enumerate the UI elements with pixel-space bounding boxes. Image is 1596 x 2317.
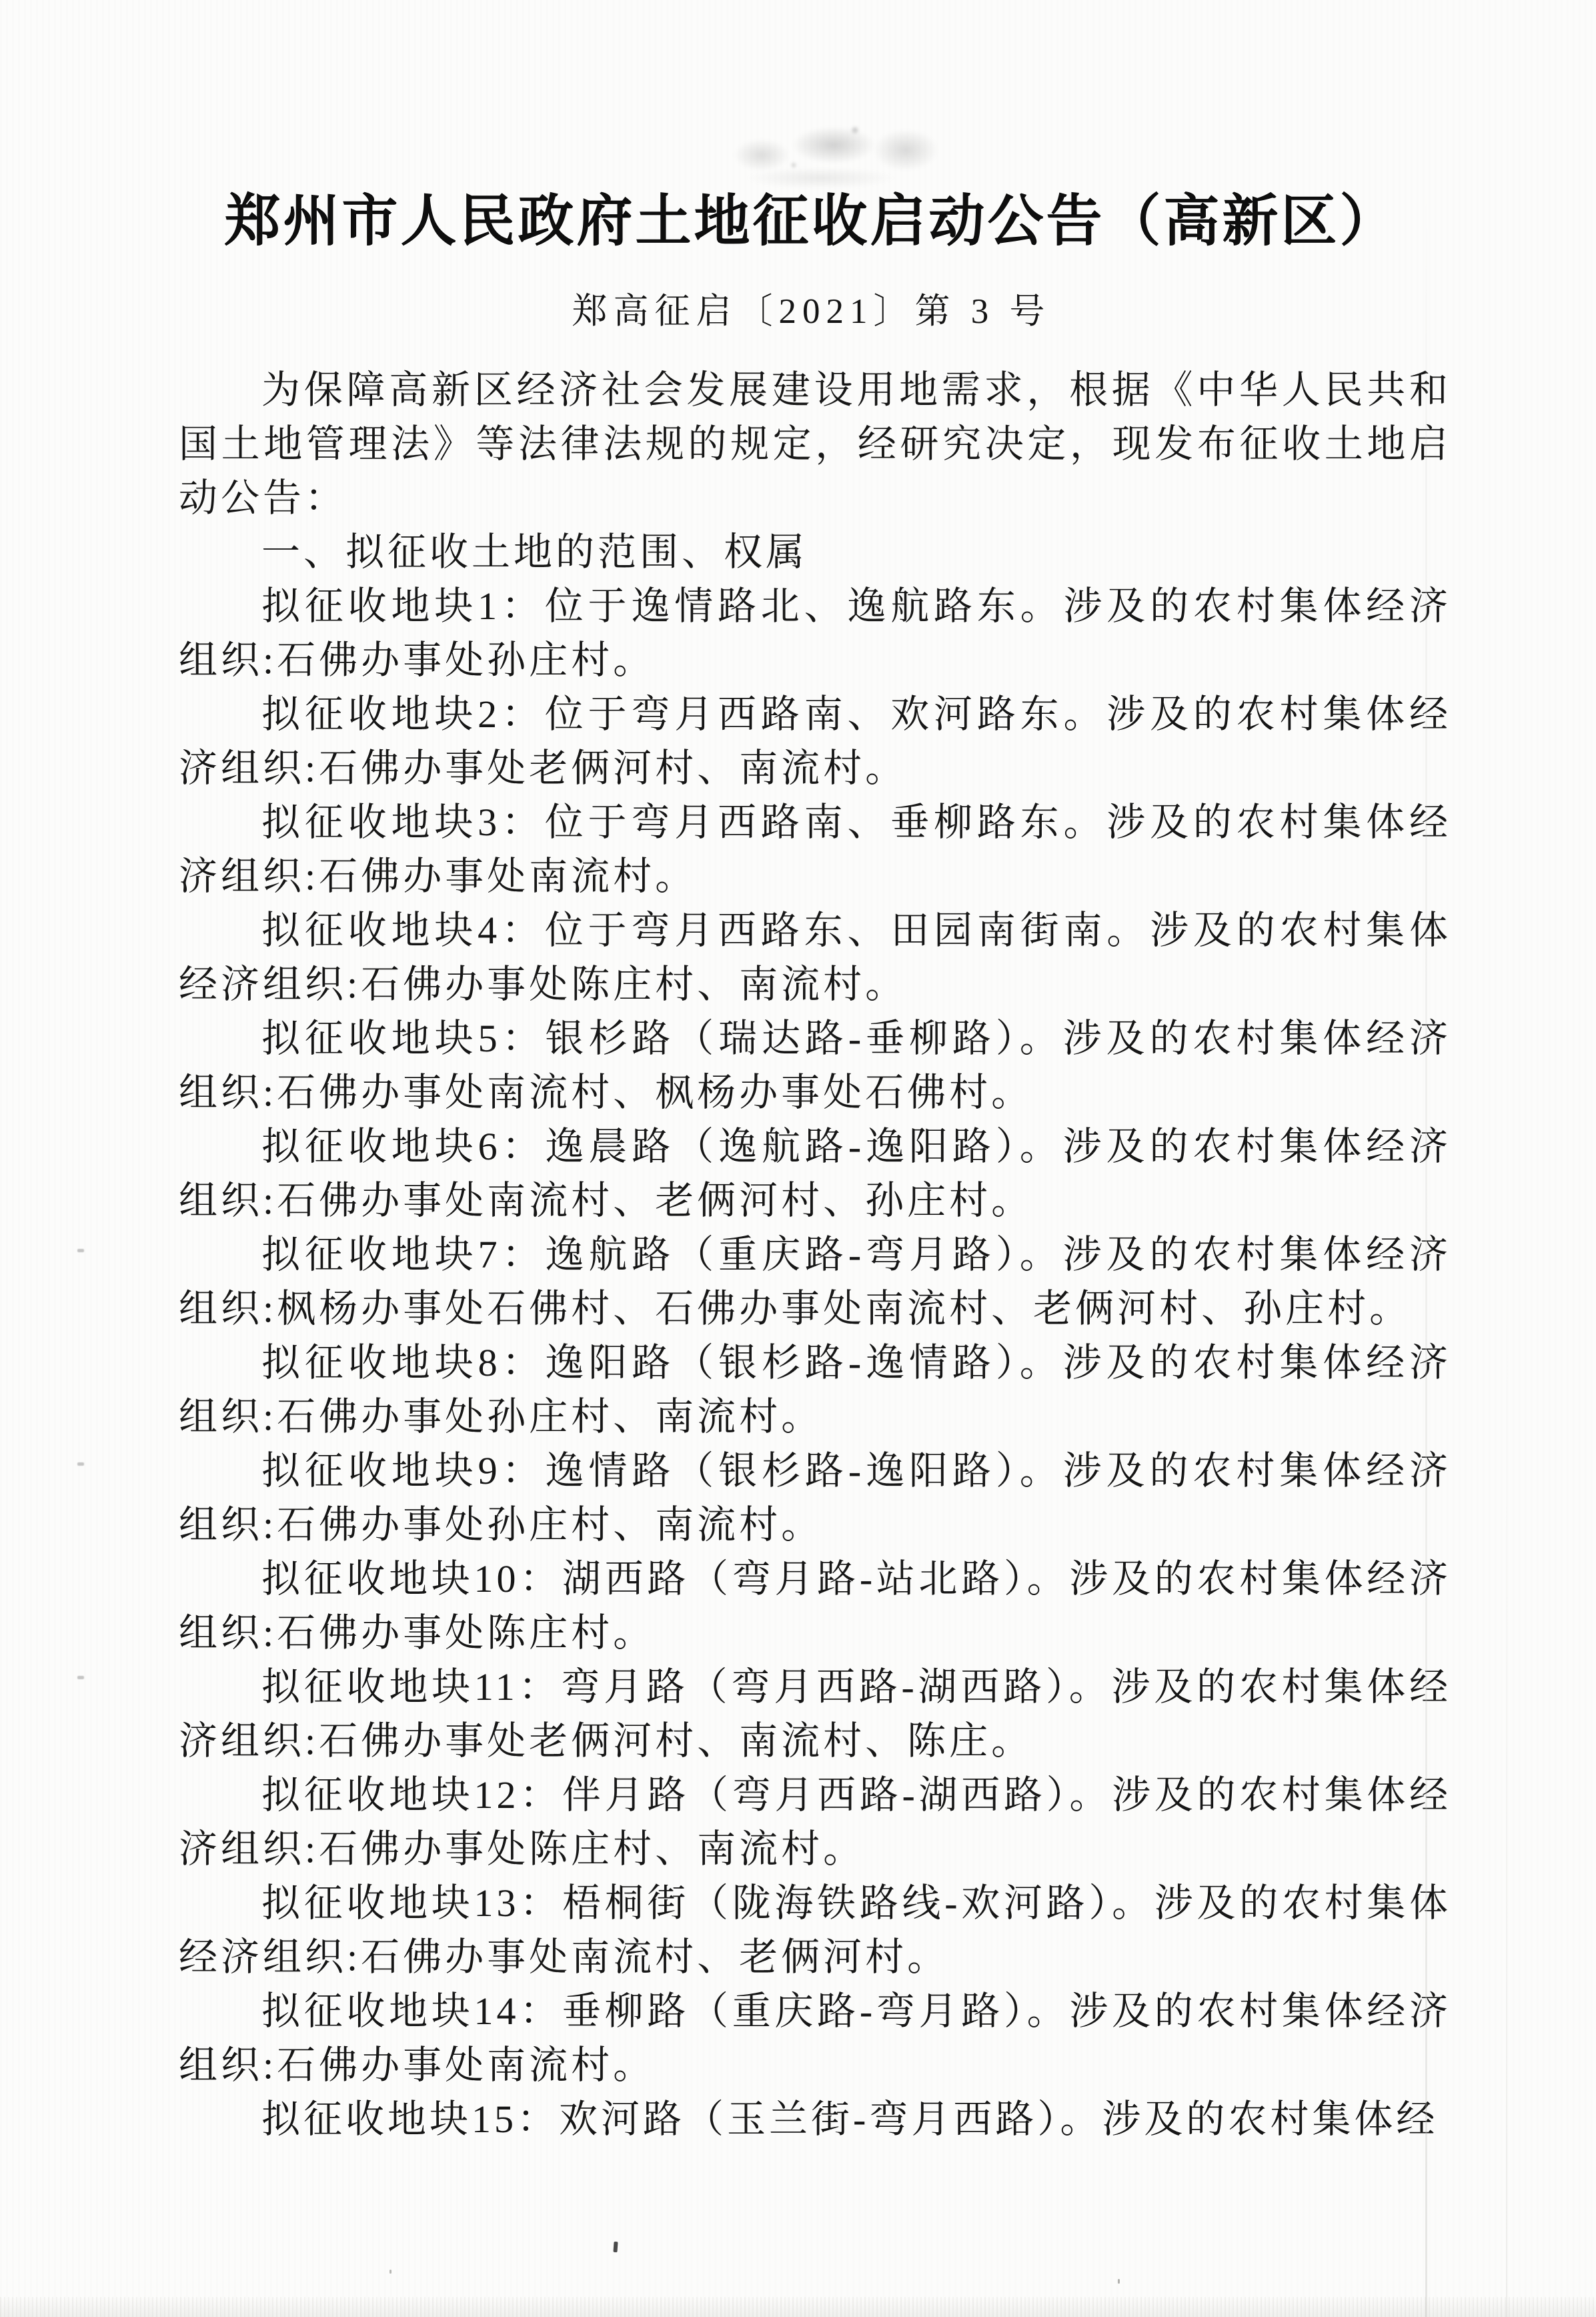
document-number: 郑高征启〔2021〕第 3 号	[27, 291, 1596, 332]
scanner-line-artifact	[1506, 1274, 1507, 2317]
plot-paragraph: 拟征收地块4：位于弯月西路东、田园南街南。涉及的农村集体经济组织:石佛办事处陈庄…	[179, 903, 1451, 1011]
plot-paragraph: 拟征收地块6：逸晨路（逸航路-逸阳路）。涉及的农村集体经济组织:石佛办事处南流村…	[179, 1119, 1451, 1228]
plot-paragraph: 拟征收地块9：逸情路（银杉路-逸阳路）。涉及的农村集体经济组织:石佛办事处孙庄村…	[179, 1444, 1451, 1552]
plot-paragraph: 拟征收地块2：位于弯月西路南、欢河路东。涉及的农村集体经济组织:石佛办事处老俩河…	[179, 687, 1451, 795]
plot-paragraph: 拟征收地块15：欢河路（玉兰街-弯月西路）。涉及的农村集体经	[179, 2092, 1451, 2146]
section-heading: 一、拟征收土地的范围、权属	[179, 525, 1451, 579]
scanned-document-page: 郑州市人民政府土地征收启动公告（高新区） 郑高征启〔2021〕第 3 号 为保障…	[0, 0, 1596, 2317]
plot-paragraph: 拟征收地块5：银杉路（瑞达路-垂柳路）。涉及的农村集体经济组织:石佛办事处南流村…	[179, 1011, 1451, 1119]
plot-paragraph: 拟征收地块11：弯月路（弯月西路-湖西路）。涉及的农村集体经济组织:石佛办事处老…	[179, 1660, 1451, 1768]
plot-paragraph: 拟征收地块1：位于逸情路北、逸航路东。涉及的农村集体经济组织:石佛办事处孙庄村。	[179, 579, 1451, 687]
scan-speck	[77, 1249, 84, 1252]
plot-paragraph: 拟征收地块13：梧桐街（陇海铁路线-欢河路）。涉及的农村集体经济组织:石佛办事处…	[179, 1876, 1451, 1984]
plot-paragraph: 拟征收地块10：湖西路（弯月路-站北路）。涉及的农村集体经济组织:石佛办事处陈庄…	[179, 1552, 1451, 1660]
plot-paragraph: 拟征收地块14：垂柳路（重庆路-弯月路）。涉及的农村集体经济组织:石佛办事处南流…	[179, 1984, 1451, 2092]
scan-speck	[77, 1462, 84, 1466]
plot-paragraph: 拟征收地块8：逸阳路（银杉路-逸情路）。涉及的农村集体经济组织:石佛办事处孙庄村…	[179, 1336, 1451, 1444]
scan-edge-artifact	[0, 2297, 1596, 2317]
plot-paragraph: 拟征收地块7：逸航路（重庆路-弯月路）。涉及的农村集体经济组织:枫杨办事处石佛村…	[179, 1228, 1451, 1336]
plot-paragraph: 拟征收地块12：伴月路（弯月西路-湖西路）。涉及的农村集体经济组织:石佛办事处陈…	[179, 1768, 1451, 1876]
scanner-line-artifact	[1425, 0, 1427, 2317]
scan-speck	[77, 1676, 84, 1679]
plot-paragraph: 拟征收地块3：位于弯月西路南、垂柳路东。涉及的农村集体经济组织:石佛办事处南流村…	[179, 795, 1451, 903]
document-body: 为保障高新区经济社会发展建设用地需求，根据《中华人民共和国土地管理法》等法律法规…	[179, 363, 1451, 2146]
scan-speck	[613, 2242, 618, 2252]
scan-speck	[1118, 2279, 1120, 2284]
scan-speck	[389, 2270, 391, 2274]
plot-list: 拟征收地块1：位于逸情路北、逸航路东。涉及的农村集体经济组织:石佛办事处孙庄村。…	[179, 579, 1451, 2146]
intro-paragraph: 为保障高新区经济社会发展建设用地需求，根据《中华人民共和国土地管理法》等法律法规…	[179, 363, 1451, 525]
document-title: 郑州市人民政府土地征收启动公告（高新区）	[27, 185, 1596, 256]
